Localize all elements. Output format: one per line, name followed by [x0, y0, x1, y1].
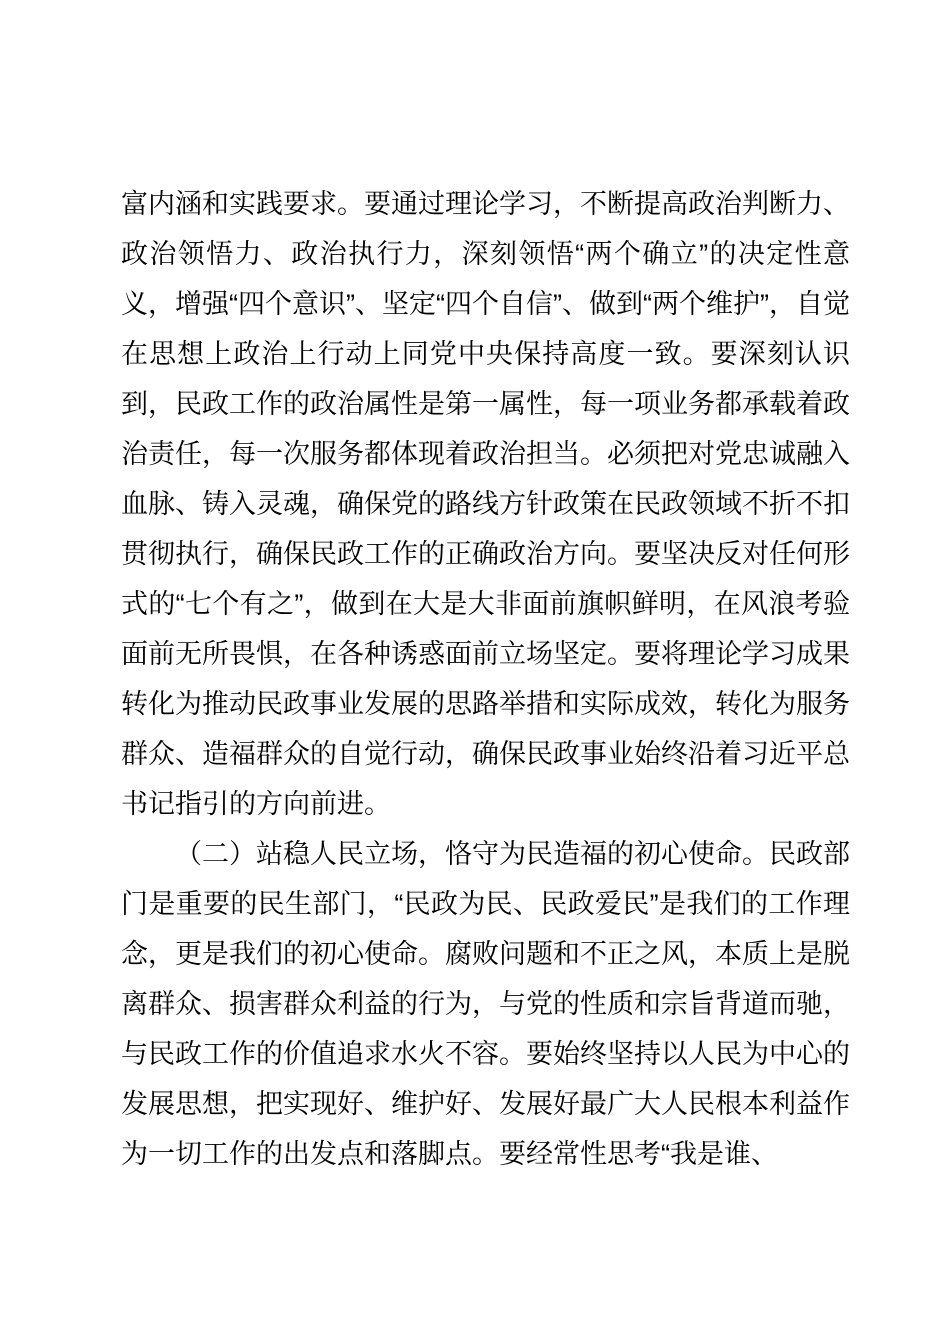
paragraph-continuation: 富内涵和实践要求。要通过理论学习，不断提高政治判断力、政治领悟力、政治执行力，深…	[121, 179, 850, 829]
document-page: 富内涵和实践要求。要通过理论学习，不断提高政治判断力、政治领悟力、政治执行力，深…	[0, 0, 950, 1344]
text-block: 富内涵和实践要求。要通过理论学习，不断提高政治判断力、政治领悟力、政治执行力，深…	[121, 179, 850, 1179]
paragraph-section-2: （二）站稳人民立场，恪守为民造福的初心使命。民政部门是重要的民生部门，“民政为民…	[121, 829, 850, 1179]
